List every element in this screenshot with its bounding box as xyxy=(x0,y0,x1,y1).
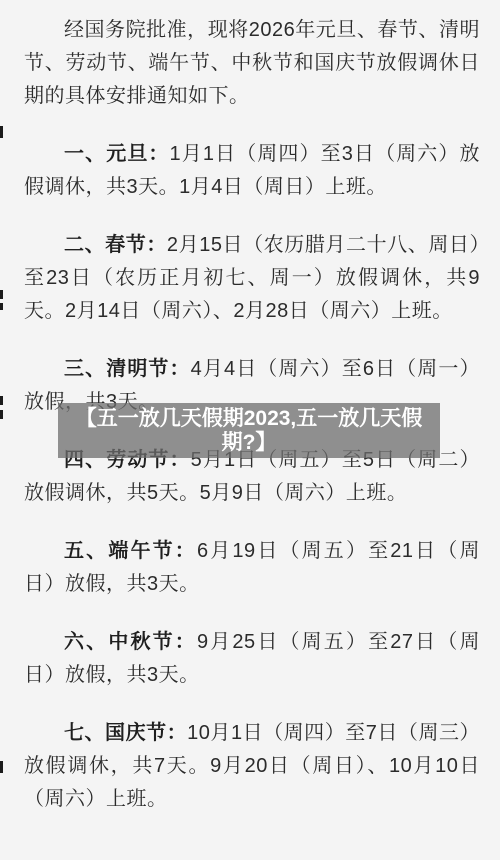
holiday-label-dragon-boat: 五、端午节： xyxy=(64,540,197,562)
holiday-item-mid-autumn: 六、中秋节：9月25日（周五）至27日（周日）放假，共3天。 xyxy=(24,626,480,692)
intro-paragraph: 经国务院批准，现将2026年元旦、春节、清明节、劳动节、端午节、中秋节和国庆节放… xyxy=(24,14,480,113)
edge-text-artifact xyxy=(0,303,3,310)
holiday-item-dragon-boat: 五、端午节：6月19日（周五）至21日（周日）放假，共3天。 xyxy=(24,535,480,601)
holiday-item-spring-festival: 二、春节：2月15日（农历腊月二十八、周日）至23日（农历正月初七、周一）放假调… xyxy=(24,229,480,328)
edge-text-artifact xyxy=(0,396,3,405)
edge-text-artifact xyxy=(0,290,3,299)
holiday-item-new-year: 一、元旦：1月1日（周四）至3日（周六）放假调休，共3天。1月4日（周日）上班。 xyxy=(24,138,480,204)
holiday-label-spring-festival: 二、春节： xyxy=(64,234,167,256)
holiday-item-national-day: 七、国庆节：10月1日（周四）至7日（周三）放假调休，共7天。9月20日（周日）… xyxy=(24,717,480,816)
caption-overlay-banner: 【五一放几天假期2023,五一放几天假期?】 xyxy=(58,403,440,458)
holiday-label-mid-autumn: 六、中秋节： xyxy=(64,631,197,653)
holiday-label-new-year: 一、元旦： xyxy=(64,143,170,165)
edge-text-artifact xyxy=(0,410,3,419)
holiday-label-national-day: 七、国庆节： xyxy=(64,722,187,744)
holiday-notice-page: 经国务院批准，现将2026年元旦、春节、清明节、劳动节、端午节、中秋节和国庆节放… xyxy=(0,0,500,860)
edge-text-artifact xyxy=(0,126,3,138)
holiday-label-qingming: 三、清明节： xyxy=(64,358,191,380)
edge-text-artifact xyxy=(0,761,3,773)
